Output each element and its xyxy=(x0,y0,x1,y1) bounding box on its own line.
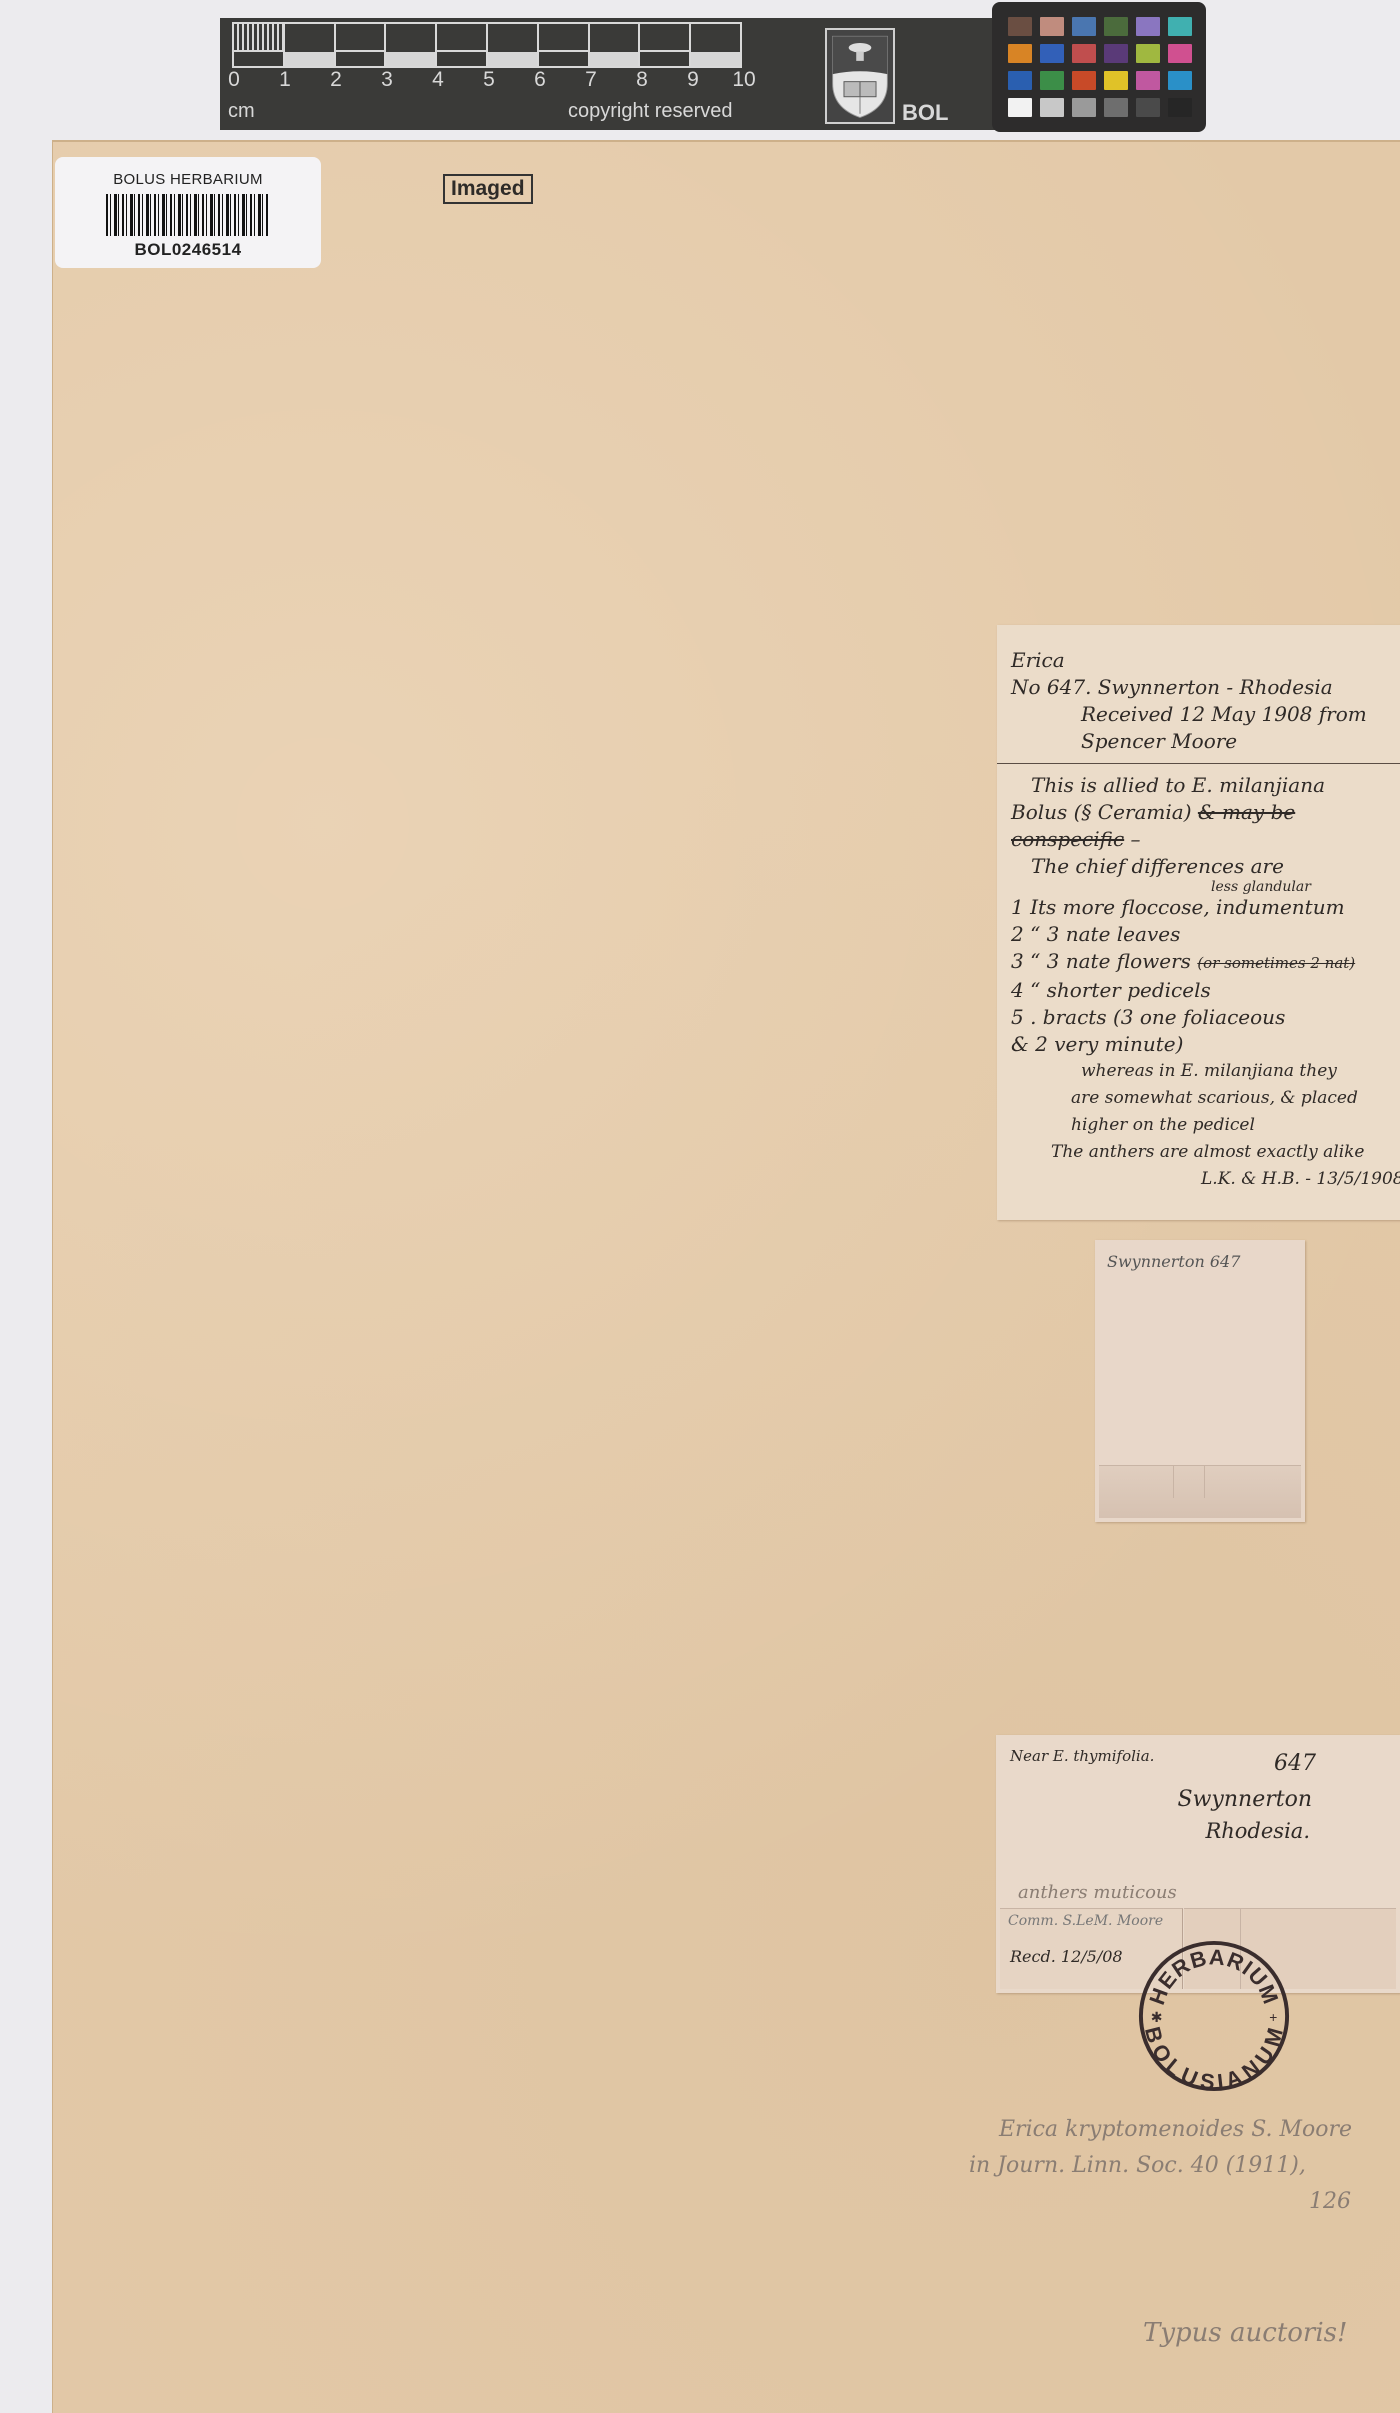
struck-text: conspecific xyxy=(1011,827,1124,851)
color-swatch xyxy=(1168,17,1192,36)
difference-item: & 2 very minute) xyxy=(1011,1031,1391,1058)
affinity-note: Near E. thymifolia. xyxy=(1010,1747,1154,1765)
signature: L.K. & H.B. - 13/5/1908 xyxy=(1011,1166,1391,1193)
difference-item: 4 “ shorter pedicels xyxy=(1011,977,1391,1004)
whereas-line: whereas in E. milanjiana they xyxy=(1011,1058,1391,1085)
whereas-line: higher on the pedicel xyxy=(1011,1112,1391,1139)
color-calibration-card xyxy=(992,2,1206,132)
color-swatch xyxy=(1040,98,1064,117)
tick-label: 8 xyxy=(636,68,648,92)
color-swatch xyxy=(1040,71,1064,90)
pencil-annotation-anthers: anthers muticous xyxy=(1018,1882,1177,1903)
collection-number: No 647. Swynnerton - Rhodesia xyxy=(1011,674,1391,701)
color-swatch xyxy=(1104,98,1128,117)
tick-label: 9 xyxy=(687,68,699,92)
packet-title: Swynnerton 647 xyxy=(1107,1252,1240,1271)
differences-heading: The chief differences are xyxy=(1011,853,1391,880)
struck-text: & may be xyxy=(1198,800,1295,824)
stamp-top-text: HERBARIUM xyxy=(1144,1944,1284,2008)
color-swatch xyxy=(1168,71,1192,90)
type-annotation: Typus auctoris! xyxy=(1143,2318,1347,2348)
anthers-line: The anthers are almost exactly alike xyxy=(1011,1139,1391,1166)
received-date: Recd. 12/5/08 xyxy=(1010,1947,1123,1966)
imaged-stamp: Imaged xyxy=(443,174,533,204)
color-swatch xyxy=(1104,71,1128,90)
communicated-by: Comm. S.LeM. Moore xyxy=(1008,1913,1163,1929)
fragment-packet[interactable]: Swynnerton 647 xyxy=(1095,1240,1305,1522)
difference-item: 2 “ 3 nate leaves xyxy=(1011,921,1391,948)
color-swatch xyxy=(1040,44,1064,63)
difference-item: 5 . bracts (3 one foliaceous xyxy=(1011,1004,1391,1031)
color-swatch xyxy=(1072,17,1096,36)
publication-page: 126 xyxy=(969,2184,1352,2220)
color-swatch xyxy=(1072,71,1096,90)
color-swatch xyxy=(1104,44,1128,63)
color-swatch xyxy=(1136,71,1160,90)
whereas-line: are somewhat scarious, & placed xyxy=(1011,1085,1391,1112)
svg-text:✱: ✱ xyxy=(1151,2009,1163,2025)
tick-label: 5 xyxy=(483,68,495,92)
insertion-note: less glandular xyxy=(1011,880,1391,894)
color-swatch xyxy=(1168,44,1192,63)
tick-label: 7 xyxy=(585,68,597,92)
color-swatch xyxy=(1168,98,1192,117)
herbarium-name: BOLUS HERBARIUM xyxy=(55,171,321,188)
allied-line-2: Bolus (§ Ceramia) xyxy=(1011,800,1192,824)
ruler-ticks: 0 1 2 3 4 5 6 7 8 9 10 xyxy=(226,68,766,94)
barcode-label: BOLUS HERBARIUM BOL0246514 xyxy=(55,157,321,268)
color-swatch xyxy=(1136,98,1160,117)
university-shield-icon xyxy=(825,28,895,124)
packet-flap xyxy=(1099,1465,1301,1518)
color-swatch xyxy=(1008,17,1032,36)
pencil-annotation-name: Erica kryptomenoides S. Moore in Journ. … xyxy=(969,2112,1352,2220)
difference-item: 3 “ 3 nate flowers xyxy=(1011,949,1191,973)
tick-label: 2 xyxy=(330,68,342,92)
copyright-text: copyright reserved xyxy=(568,100,733,123)
publication-reference: in Journ. Linn. Soc. 40 (1911), xyxy=(969,2148,1352,2184)
divider xyxy=(997,763,1400,764)
scale-bar: 0 1 2 3 4 5 6 7 8 9 10 cm copyright rese… xyxy=(220,18,1000,130)
herbarium-bolusianum-stamp: HERBARIUM BOLUSIANUM ✱ + xyxy=(1135,1937,1293,2095)
color-swatch xyxy=(1136,44,1160,63)
locality: Rhodesia. xyxy=(1205,1819,1310,1843)
tick-label: 1 xyxy=(279,68,291,92)
ruler xyxy=(232,22,742,68)
unit-label: cm xyxy=(228,100,255,123)
sender-line: Spencer Moore xyxy=(1011,728,1391,755)
barcode-icon xyxy=(106,194,270,236)
stamp-bottom-text: BOLUSIANUM xyxy=(1140,2024,1288,2095)
received-line: Received 12 May 1908 from xyxy=(1011,701,1391,728)
collection-number: 647 xyxy=(1274,1751,1316,1776)
allied-line-1: This is allied to E. milanjiana xyxy=(1011,772,1391,799)
genus: Erica xyxy=(1011,647,1391,674)
institution-code: BOL xyxy=(902,100,948,126)
difference-item: 1 Its more floccose, indumentum xyxy=(1011,894,1391,921)
color-swatch xyxy=(1072,98,1096,117)
tick-label: 3 xyxy=(381,68,393,92)
tick-label: 0 xyxy=(228,68,240,92)
determination-label: Erica No 647. Swynnerton - Rhodesia Rece… xyxy=(997,625,1400,1220)
collector-name: Swynnerton xyxy=(1178,1787,1312,1812)
tick-label: 10 xyxy=(732,68,755,92)
svg-text:BOLUSIANUM: BOLUSIANUM xyxy=(1140,2024,1288,2095)
svg-text:+: + xyxy=(1269,2009,1277,2025)
svg-text:HERBARIUM: HERBARIUM xyxy=(1144,1944,1284,2008)
herbarium-sheet: BOLUS HERBARIUM BOL0246514 Imaged Erica … xyxy=(52,140,1400,2413)
color-swatch xyxy=(1072,44,1096,63)
color-swatch xyxy=(1040,17,1064,36)
catalog-number: BOL0246514 xyxy=(55,240,321,260)
species-name: Erica kryptomenoides S. Moore xyxy=(969,2112,1352,2148)
color-swatch xyxy=(1008,71,1032,90)
color-swatch xyxy=(1136,17,1160,36)
color-swatch xyxy=(1008,98,1032,117)
color-swatch xyxy=(1104,17,1128,36)
struck-text: (or sometimes 2 nat) xyxy=(1197,954,1355,972)
color-swatch xyxy=(1008,44,1032,63)
tick-label: 4 xyxy=(432,68,444,92)
tick-label: 6 xyxy=(534,68,546,92)
